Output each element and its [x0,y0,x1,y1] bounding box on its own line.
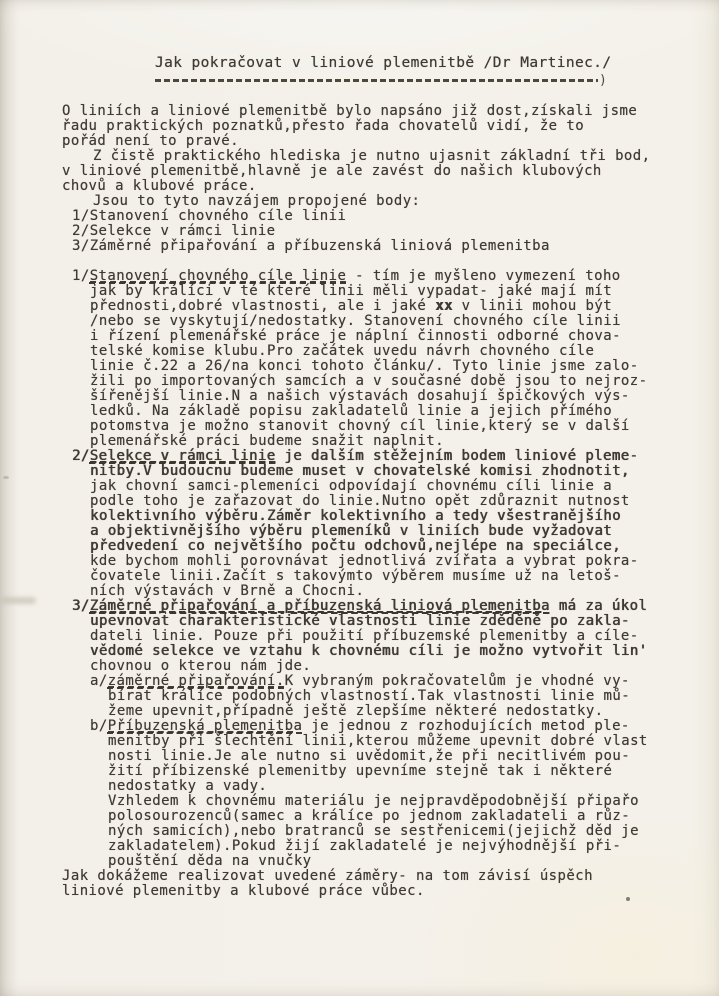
text-line: chovů a klubové práce. [62,179,702,194]
text-line: menitby při šlechtění linii,kterou můžem… [108,734,702,749]
text-segment: ých vlastností.Tak vlastnosti linie mů- [285,688,630,704]
text-segment: liniové plemenitby a klubové práce vůbec… [62,883,425,899]
text-segment: telské komise klubu.Pro začátek uvedu ná… [90,343,594,359]
text-segment: nedostatky a vady. [108,778,267,794]
text-segment: i řízení plemenářské práce je náplní čin… [90,328,621,344]
text-segment: 1/ [72,268,90,284]
text-line: Jak dokážeme realizovat uvedené záměry- … [62,869,702,884]
document-body: O liniích a liniové plemenitbě bylo naps… [62,104,702,899]
text-line: linie č.22 a 26/na konci tohoto článku/.… [90,359,702,374]
text-segment: v liniové plemenitbě,hlavně je ale zavés… [62,163,602,179]
text-segment: žili po importovaných samcích a v součas… [90,373,647,389]
text-line: předvedení co největšího počtu odchovů,n… [90,539,702,554]
text-segment: kde bychom mohli porovnávat jednotlivá z… [90,553,639,569]
text-line: ledků. Na základě popisu zakladatelů lin… [90,404,702,419]
text-segment: jak by králíci v té které lin [90,283,347,299]
text-segment: me muset v chovatelské komisi zhodnotit, [276,463,630,479]
text-line: podle toho je zařazovat do linie.Nutno o… [90,494,702,509]
text-segment: 2/Selekce v rámci linie [72,223,276,239]
text-segment: zakladatelem).Pokud žijí zakladatelé je … [108,838,621,854]
text-line: Jsou to tyto navzájem propojené body: [93,194,702,209]
title-underline: ) [155,77,702,85]
document-title: Jak pokračovat v liniové plemenitbě /Dr … [155,55,702,72]
paper-speck [626,897,630,901]
text-line: kde bychom mohli porovnávat jednotlivá z… [90,554,702,569]
text-line: přednosti,dobré vlastnosti, ale i jaké x… [90,299,702,314]
text-segment: ledků. Na základě popisu zakladatelů lin… [90,403,612,419]
text-segment: žití příbizenské plemenitby upevníme ste… [108,763,612,779]
text-segment: xx [435,298,453,314]
text-line: /nebo se vyskytují/nedostatky. Stanovení… [90,314,702,329]
text-segment: nitby.V budoucnu bude [90,463,276,479]
text-line: a/záměrné připařování.K vybraným pokračo… [90,674,702,689]
text-segment: nosti linie.Je ale nutno si uvědomit,že … [108,748,630,764]
text-segment: chovů a klubové práce. [62,178,257,194]
text-segment: Vzhledem k chovnému materiálu je nejprav… [108,793,639,809]
text-line: kolektivního výběru.Záměr kolektivního a… [90,509,702,524]
text-segment: menitby při šlechtění [108,733,294,749]
text-segment: linii,kterou můžeme upevnit dobré vlast [294,733,648,749]
text-line: 3/Záměrné připařování a příbuzenská lini… [72,239,702,254]
text-line: 2/Selekce v rámci linie [72,224,702,239]
text-segment: přednosti,dobré vlastnosti, ale i jaké [90,298,435,314]
text-line: žeme upevnit,případně ještě zlepšíme něk… [108,704,702,719]
text-line: nitby.V budoucnu budeme muset v chovatel… [90,464,702,479]
text-segment: b/ [90,718,108,734]
text-segment: Záměrné připařování a příbuzenská liniov… [90,598,550,614]
text-line: 1/Stanovení chovného cíle linii [72,209,702,224]
text-segment: chovnou o kterou nám jde. [90,658,311,674]
paper-speck [3,476,9,479]
text-segment: je dalším stěžejním bodem liniové pleme- [276,448,639,464]
text-line: pořád není to pravé. [62,134,702,149]
text-line: žití příbizenské plemenitby upevníme ste… [108,764,702,779]
text-line: jak chovní samci-plemeníci odpovídají ch… [90,479,702,494]
title-underline-tail: ) [599,77,607,85]
text-segment: Z čistě praktického hlediska je nutno uj… [93,148,650,164]
text-segment: pouštění děda na vnučky [108,853,312,869]
title-underline-dashes [155,79,598,82]
text-line: Vzhledem k chovnému materiálu je nejprav… [108,794,702,809]
scan-smudge [0,597,36,604]
text-line: 2/Selekce v rámci linie je dalším stěžej… [72,449,702,464]
document-content: Jak pokračovat v liniové plemenitbě /Dr … [62,55,702,899]
text-segment: plemenářské práci budeme snažit naplnit. [90,433,444,449]
text-segment: dateli linie. Pouze při použití příbuzem… [90,628,639,644]
text-segment: Jak dokážeme realizovat uvedené záměry- … [62,868,593,884]
text-segment: Stanovení chovného cíle linie [90,268,347,284]
text-line: b/Příbuzenská plemenitba je jednou z roz… [90,719,702,734]
text-line: a objektivnějšího výběru plemeníků v lin… [90,524,702,539]
text-segment: polosourozenců(samec a králíce po jednom… [108,808,630,824]
text-line: chovnou o kterou nám jde. [90,659,702,674]
text-line: ních výstavách v Brně a Chocni. [90,584,702,599]
text-segment: - tím je myšleno vymezení toho [346,268,620,284]
text-segment: čovatele linii.Začít s takovýmto výběrem… [90,568,621,584]
text-segment: záměrné připařování. [108,673,285,689]
text-line: potomstva je možno stanovit chovný cíl l… [90,419,702,434]
text-segment: má za úkol [550,598,647,614]
scanned-document-page: Jak pokračovat v liniové plemenitbě /Dr … [0,0,719,996]
text-line: čovatele linii.Začít s takovýmto výběrem… [90,569,702,584]
text-line: polosourozenců(samec a králíce po jednom… [108,809,702,824]
text-line: nosti linie.Je ale nutno si uvědomit,že … [108,749,702,764]
text-segment: potomstva je možno stanovit chovný cíl l… [90,418,630,434]
text-line: bírat králíce podobných vlastností.Tak v… [108,689,702,704]
text-segment: kolektivního výběru.Záměr kolektivního a… [90,508,621,524]
text-segment: ných samicích),nebo bratranců se sestřen… [108,823,639,839]
text-segment: 1/Stanovení chovného cíle linii [72,208,346,224]
text-line: liniové plemenitby a klubové práce vůbec… [62,884,702,899]
text-segment: Selekce v rámci linie [90,448,276,464]
text-segment: bírat králíce podobn [108,688,285,704]
text-segment: šířenější linie.N a našich výstavách dos… [90,388,630,404]
text-line: nedostatky a vady. [108,779,702,794]
text-segment: podle toho je zařazovat do linie.Nutno o… [90,493,630,509]
text-segment: vědomé selekce ve vztahu k chovnému cíli… [90,643,647,659]
text-segment: 3/Záměrné připařování a příbuzenská lini… [72,238,550,254]
text-segment: Jsou to tyto navzájem propojené body: [93,193,420,209]
text-segment: K vybraným pokračovatelům je vhodné vy- [285,673,630,689]
text-segment: a/ [90,673,108,689]
text-line: O liniích a liniové plemenitbě bylo naps… [62,104,702,119]
text-segment: jak chovní samci-plemeníci odpovídají ch… [90,478,612,494]
text-segment: 3/ [72,598,90,614]
text-line: řadu praktických poznatků,přesto řada ch… [62,119,702,134]
text-segment: ních výstavách v Brně a Chocni. [90,583,364,599]
text-line: Z čistě praktického hlediska je nutno uj… [93,149,702,164]
text-line: vědomé selekce ve vztahu k chovnému cíli… [90,644,702,659]
text-segment: v linii mohou být [453,298,612,314]
text-line: žili po importovaných samcích a v součas… [90,374,702,389]
text-line: ných samicích),nebo bratranců se sestřen… [108,824,702,839]
text-segment: 2/ [72,448,90,464]
text-line: 3/Záměrné připařování a příbuzenská lini… [72,599,702,614]
text-segment: upevnovat charakteristické vlastnosti li… [90,613,541,629]
text-segment: žeme upevnit,případně ještě zlepšíme něk… [108,703,604,719]
text-line: telské komise klubu.Pro začátek uvedu ná… [90,344,702,359]
text-line: zakladatelem).Pokud žijí zakladatelé je … [108,839,702,854]
text-line: i řízení plemenářské práce je náplní čin… [90,329,702,344]
text-line: 1/Stanovení chovného cíle linie - tím je… [72,269,702,284]
text-segment: O liniích a liniové plemenitbě bylo naps… [62,103,637,119]
text-segment: řadu praktických poznatků,přesto řada ch… [62,118,584,134]
text-segment: linie č.22 a 26/na konci tohoto článku/.… [90,358,639,374]
text-segment: /nebo se vyskytují/nedostatky. Stanovení… [90,313,621,329]
text-line: plemenářské práci budeme snažit naplnit. [90,434,702,449]
text-segment: pořád není to pravé. [62,133,239,149]
text-segment: po zakla- [541,613,630,629]
text-segment: předvedení co největšího počtu odchovů,n… [90,538,621,554]
text-segment: a objektivnějšího výběru plemeníků v lin… [90,523,612,539]
text-segment: Příbuzenská plemenitba [108,718,303,734]
text-segment: je jednou z rozhodujících metod ple- [302,718,629,734]
text-line: jak by králíci v té které linii měli vyp… [90,284,702,299]
text-segment: ii měli vypadat- jaké mají mít [347,283,612,299]
text-line: šířenější linie.N a našich výstavách dos… [90,389,702,404]
text-line: v liniové plemenitbě,hlavně je ale zavés… [62,164,702,179]
text-line: pouštění děda na vnučky [108,854,702,869]
text-line: upevnovat charakteristické vlastnosti li… [90,614,702,629]
text-line: dateli linie. Pouze při použití příbuzem… [90,629,702,644]
